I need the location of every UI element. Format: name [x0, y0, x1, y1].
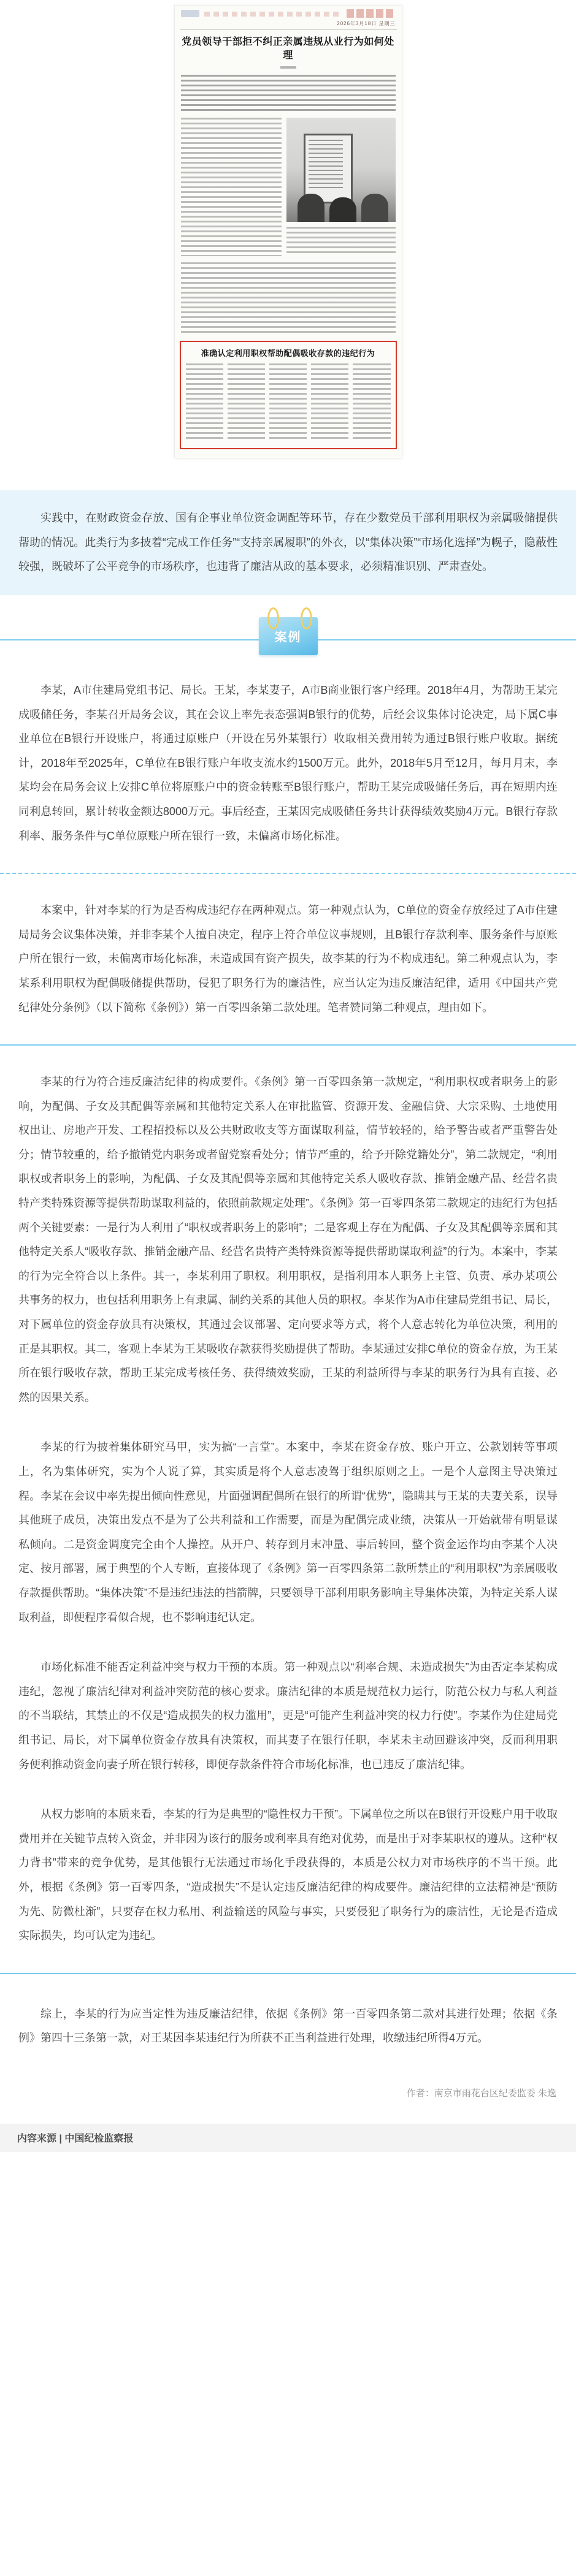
newspaper-headline: 党员领导干部拒不纠正亲属违规从业行为如何处理: [180, 36, 397, 62]
newspaper-dateline: 2026年3月18日 星期三: [180, 20, 397, 27]
newspaper-left-column: [181, 118, 282, 256]
red-box-headline: 准确认定利用职权帮助配偶吸收存款的违纪行为: [186, 347, 391, 359]
photo-person-silhouette: [329, 197, 356, 222]
dashed-divider: [0, 873, 576, 874]
newspaper-rule: [180, 29, 397, 29]
conclusion-paragraph: 综上，李某的行为应当定性为违反廉洁纪律，依据《条例》第一百零四条第二款对其进行处…: [0, 2002, 576, 2051]
newspaper-columns-row: [181, 118, 396, 256]
author-line: 作者：南京市雨花台区纪委监委 朱逸: [0, 2086, 576, 2099]
case-section-header: 案例: [0, 604, 576, 663]
analysis-paragraph-4: 市场化标准不能否定利益冲突与权力干预的本质。第一种观点以“利率合规、未造成损失”…: [0, 1655, 576, 1777]
source-footer-text: 内容来源 | 中国纪检监察报: [17, 2130, 133, 2145]
source-footer: 内容来源 | 中国纪检监察报: [0, 2124, 576, 2152]
masthead-text-remnant: [204, 12, 342, 17]
analysis-paragraph-5: 从权力影响的本质来看，李某的行为是典型的“隐性权力干预”。下属单位之所以在B银行…: [0, 1803, 576, 1948]
news-photo: [286, 118, 396, 222]
newspaper-byline-stripe: [280, 66, 296, 69]
simulated-text-column: [269, 363, 307, 442]
newspaper-mid-columns: [181, 262, 396, 335]
masthead-logo-remnant: [181, 10, 199, 17]
case-paragraph: 李某，A市住建局党组书记、局长。王某，李某妻子，A市B商业银行客户经理。2018…: [0, 678, 576, 848]
photo-whiteboard-text: [309, 140, 343, 189]
solid-divider: [0, 1973, 576, 1974]
analysis-paragraph-2: 李某的行为符合违反廉洁纪律的构成要件。《条例》第一百零四条第一款规定，“利用职权…: [0, 1070, 576, 1410]
simulated-text-column: [186, 363, 223, 442]
newspaper-scan: 2026年3月18日 星期三 党员领导干部拒不纠正亲属违规从业行为如何处理: [174, 5, 402, 458]
newspaper-right-column: [286, 118, 396, 256]
intro-highlight-band: 实践中，在财政资金存放、国有企事业单位资金调配等环节，存在少数党员干部利用职权为…: [0, 490, 576, 595]
analysis-paragraph-3: 李某的行为披着集体研究马甲，实为搞“一言堂”。本案中，李某在资金存放、账户开立、…: [0, 1435, 576, 1630]
solid-divider: [0, 1044, 576, 1046]
red-highlight-box: 准确认定利用职权帮助配偶吸收存款的违纪行为: [180, 341, 397, 449]
intro-paragraph: 实践中，在财政资金存放、国有企事业单位资金调配等环节，存在少数党员干部利用职权为…: [0, 506, 576, 579]
simulated-text-column: [353, 363, 390, 442]
photo-person-silhouette: [361, 194, 388, 222]
simulated-text-column: [311, 363, 348, 442]
masthead-title-remnant: [347, 9, 396, 18]
case-label: 案例: [275, 627, 302, 645]
newspaper-masthead-remnant: [180, 9, 397, 19]
red-box-columns: [186, 363, 391, 442]
article-page: 2026年3月18日 星期三 党员领导干部拒不纠正亲属违规从业行为如何处理: [0, 0, 576, 2152]
photo-person-silhouette: [298, 194, 324, 222]
photo-caption-stripe: [286, 227, 396, 254]
simulated-text-column: [181, 118, 282, 256]
binder-ring-icon: [301, 607, 312, 629]
newspaper-intro-block: [181, 75, 396, 112]
simulated-text-column: [228, 363, 265, 442]
analysis-paragraph-1: 本案中，针对李某的行为是否构成违纪存在两种观点。第一种观点认为，C单位的资金存放…: [0, 899, 576, 1020]
binder-ring-icon: [267, 607, 279, 629]
